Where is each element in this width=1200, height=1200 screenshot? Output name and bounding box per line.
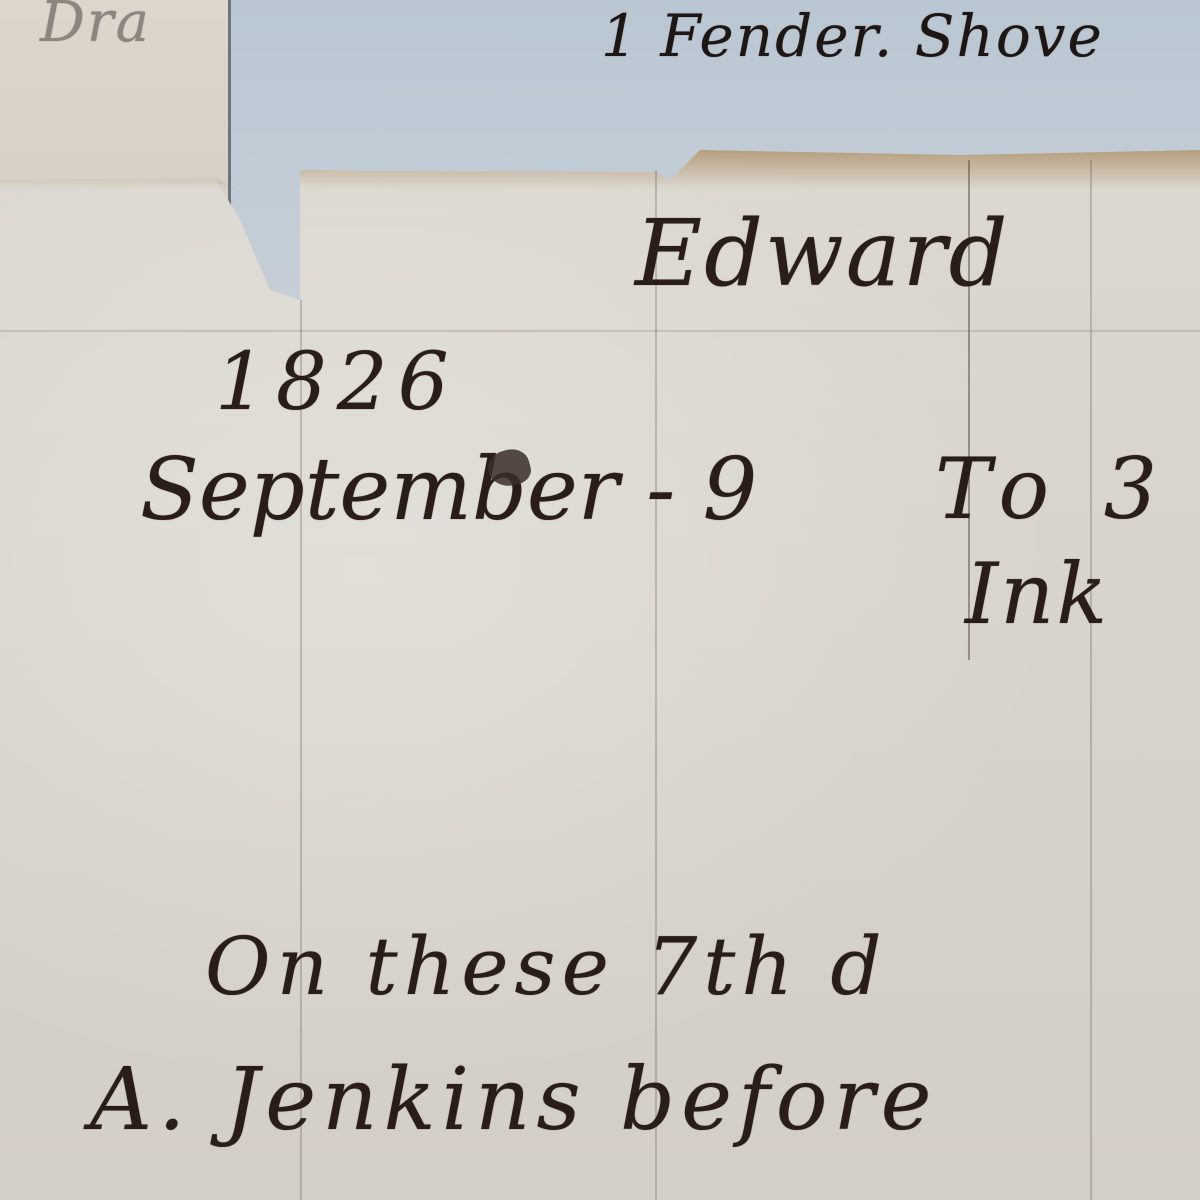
heading-name: Edward: [635, 200, 1010, 307]
front-paper-sheet: [0, 150, 1200, 1200]
fold-line: [0, 330, 1200, 332]
footer-line-1: On these 7th d: [205, 920, 888, 1013]
fragment-text-left: Dra: [40, 0, 151, 55]
entry-item-line2: Ink: [965, 545, 1109, 643]
fold-line: [655, 170, 657, 1200]
entry-year: 1826: [215, 335, 459, 428]
back-left-paper: Dra: [0, 0, 240, 200]
fold-line: [1090, 160, 1092, 1200]
footer-line-2: A. Jenkins before: [90, 1050, 938, 1150]
blue-sheet-text: 1 Fender. Shove: [601, 2, 1104, 70]
entry-item-line1: To 3: [935, 440, 1171, 538]
entry-date: September - 9: [140, 440, 757, 540]
